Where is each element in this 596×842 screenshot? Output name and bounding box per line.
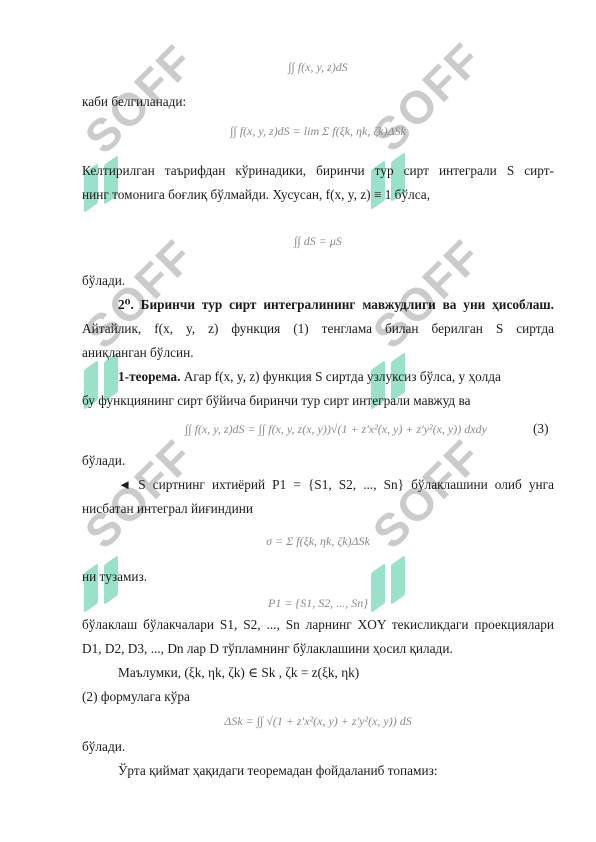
text-line: Келтирилган таърифдан кўринадики, биринч… xyxy=(82,162,554,180)
text-line: каби белгиланади: xyxy=(82,93,554,111)
section-heading: 2⁰. Биринчи тур сирт интегралининг мавжу… xyxy=(82,296,554,314)
theorem-text: Агар f(x, y, z) функция S сиртда узлукси… xyxy=(180,369,500,384)
text-line: бўлади. xyxy=(82,738,554,756)
text-line: Ўрта қиймат ҳақидаги теоремадан фойдалан… xyxy=(82,762,554,780)
equation-area: ∫∫ dS = μS xyxy=(82,232,554,250)
text-line: бўлаклаш бўлакчалари S1, S2, ..., Sn лар… xyxy=(82,616,554,634)
text-line: ◄ S сиртнинг ихтиёрий P1 = {S1, S2, ...,… xyxy=(82,476,554,494)
equation-ds: ΔSk = ∫∫ √(1 + z'x²(x, y) + z'y²(x, y)) … xyxy=(82,712,554,730)
soff-logo-icon xyxy=(365,145,423,225)
text-line: бўлади. xyxy=(82,452,554,470)
text-line: Айтайлик, f(x, y, z) функция (1) тенглам… xyxy=(82,320,554,338)
text-line: (2) формулага кўра xyxy=(82,688,554,706)
document-page: SOFF SOFF SOFF SOFF SOFF SOFF ∫∫ f(x, y,… xyxy=(0,0,596,842)
theorem-line: 1-теорема. Агар f(x, y, z) функция S сир… xyxy=(82,368,554,386)
text-line: бу функциянинг сирт бўйича биринчи тур с… xyxy=(82,392,554,410)
text-line: Маълумки, (ξk, ηk, ζk) ∈ Sk , ζk = z(ξk,… xyxy=(82,664,554,682)
equation-3: ∫∫ f(x, y, z)dS = ∫∫ f(x, y, z(x, y))√(1… xyxy=(185,420,505,439)
text-line: нисбатан интеграл йиғиндини xyxy=(82,500,554,518)
equation-number: (3) xyxy=(533,420,563,438)
equation-sum: σ = Σ f(ξk, ηk, ζk)ΔSk xyxy=(82,532,554,550)
equation-limit: ∫∫ f(x, y, z)dS = lim Σ f(ξk, ηk, ζk)ΔSk xyxy=(82,122,554,140)
text-line: бўлади. xyxy=(82,272,554,290)
equation-partition: P1 = {S1, S2, ..., Sn} xyxy=(82,594,554,612)
text-line: нинг томонига боғлиқ бўлмайди. Хусусан, … xyxy=(82,186,554,204)
equation-integral: ∫∫ f(x, y, z)dS xyxy=(82,58,554,76)
text-line: ни тузамиз. xyxy=(82,568,554,586)
theorem-label: 1-теорема. xyxy=(118,369,180,384)
text-line: D1, D2, D3, ..., Dn лар D тўпламнинг бўл… xyxy=(82,640,554,658)
text-line: аниқланган бўлсин. xyxy=(82,344,554,362)
equation-3-body: ∫∫ f(x, y, z)dS = ∫∫ f(x, y, z(x, y))√(1… xyxy=(185,422,487,436)
